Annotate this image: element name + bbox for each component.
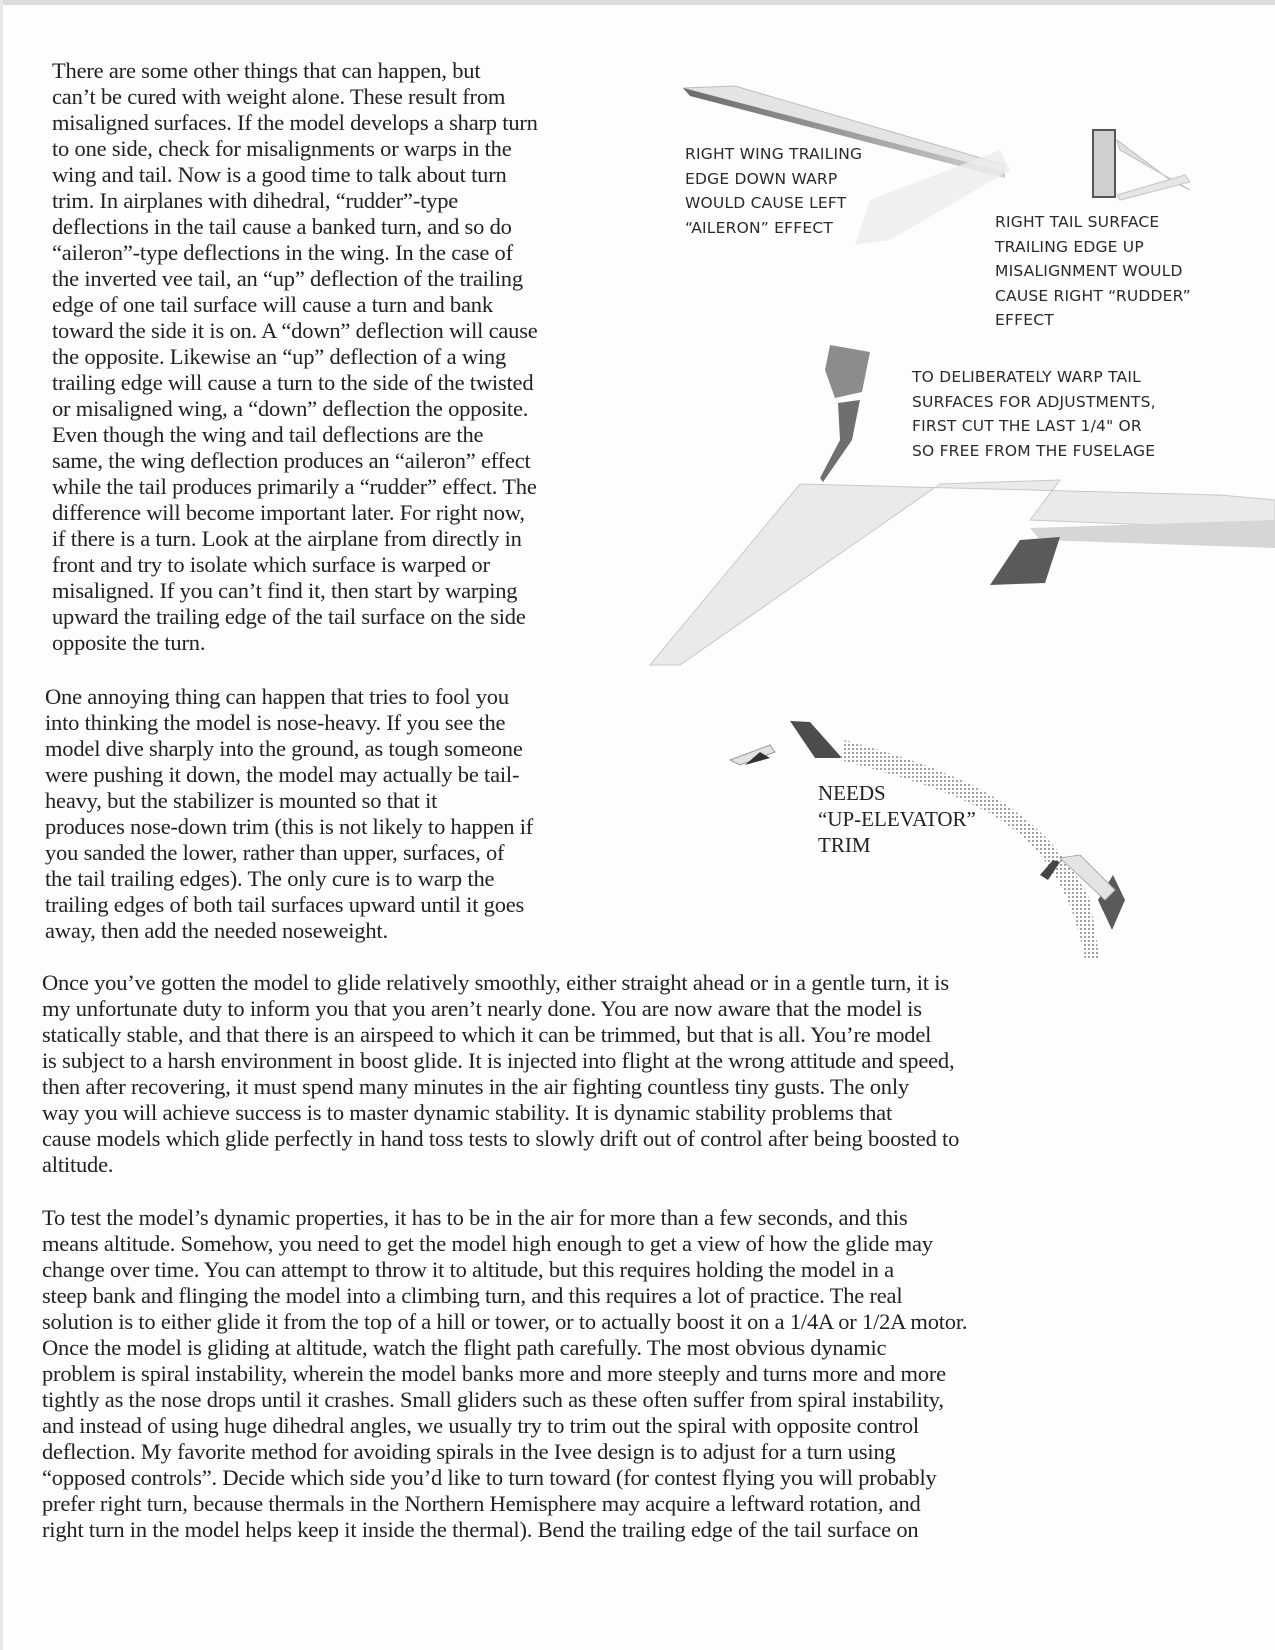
text-line: then after recovering, it must spend man… (42, 1074, 909, 1100)
text-line: heavy, but the stabilizer is mounted so … (45, 788, 437, 814)
text-line: my unfortunate duty to inform you that y… (42, 996, 922, 1022)
text-line: misaligned surfaces. If the model develo… (52, 110, 538, 136)
text-line: produces nose-down trim (this is not lik… (45, 814, 533, 840)
text-line: is subject to a harsh environment in boo… (42, 1048, 954, 1074)
text-line: One annoying thing can happen that tries… (45, 684, 509, 710)
text-line: wing and tail. Now is a good time to tal… (52, 162, 507, 188)
text-line: means altitude. Somehow, you need to get… (42, 1231, 933, 1257)
text-line: steep bank and flinging the model into a… (42, 1283, 902, 1309)
text-line: same, the wing deflection produces an “a… (52, 448, 531, 474)
text-line: solution is to either glide it from the … (42, 1309, 967, 1335)
text-line: front and try to isolate which surface i… (52, 552, 490, 578)
text-line: “aileron”-type deflections in the wing. … (52, 240, 513, 266)
text-line: or misaligned wing, a “down” deflection … (52, 396, 528, 422)
text-line: were pushing it down, the model may actu… (45, 762, 519, 788)
text-line: difference will become important later. … (52, 500, 525, 526)
text-line: way you will achieve success is to maste… (42, 1100, 892, 1126)
text-line: “opposed controls”. Decide which side yo… (42, 1465, 937, 1491)
text-line: Once you’ve gotten the model to glide re… (42, 970, 949, 996)
text-line: altitude. (42, 1152, 113, 1178)
text-line: cause models which glide perfectly in ha… (42, 1126, 959, 1152)
text-line: right turn in the model helps keep it in… (42, 1517, 918, 1543)
text-line: upward the trailing edge of the tail sur… (52, 604, 526, 630)
text-line: toward the side it is on. A “down” defle… (52, 318, 538, 344)
text-line: Even though the wing and tail deflection… (52, 422, 483, 448)
text-line: can’t be cured with weight alone. These … (52, 84, 505, 110)
text-line: Once the model is gliding at altitude, w… (42, 1335, 886, 1361)
warp-instructions-caption: TO DELIBERATELY WARP TAIL SURFACES FOR A… (912, 365, 1156, 463)
text-line: model dive sharply into the ground, as t… (45, 736, 523, 762)
text-line: deflections in the tail cause a banked t… (52, 214, 512, 240)
wing-warp-caption: RIGHT WING TRAILING EDGE DOWN WARP WOULD… (685, 142, 862, 240)
elevator-trim-caption: NEEDS “UP-ELEVATOR” TRIM (818, 780, 976, 858)
text-line: opposite the turn. (52, 630, 205, 656)
text-line: away, then add the needed noseweight. (45, 918, 388, 944)
tail-misalignment-caption: RIGHT TAIL SURFACE TRAILING EDGE UP MISA… (995, 210, 1191, 333)
text-line: trim. In airplanes with dihedral, “rudde… (52, 188, 458, 214)
text-line: trailing edges of both tail surfaces upw… (45, 892, 524, 918)
text-line: tightly as the nose drops until it crash… (42, 1387, 944, 1413)
text-line: edge of one tail surface will cause a tu… (52, 292, 493, 318)
text-line: To test the model’s dynamic properties, … (42, 1205, 908, 1231)
text-line: misaligned. If you can’t find it, then s… (52, 578, 517, 604)
text-line: statically stable, and that there is an … (42, 1022, 931, 1048)
text-line: trailing edge will cause a turn to the s… (52, 370, 533, 396)
text-line: and instead of using huge dihedral angle… (42, 1413, 919, 1439)
text-line: the tail trailing edges). The only cure … (45, 866, 494, 892)
text-line: if there is a turn. Look at the airplane… (52, 526, 522, 552)
text-line: the inverted vee tail, an “up” deflectio… (52, 266, 523, 292)
text-line: change over time. You can attempt to thr… (42, 1257, 894, 1283)
text-line: deflection. My favorite method for avoid… (42, 1439, 896, 1465)
text-line: problem is spiral instability, wherein t… (42, 1361, 946, 1387)
text-line: prefer right turn, because thermals in t… (42, 1491, 921, 1517)
text-line: while the tail produces primarily a “rud… (52, 474, 537, 500)
text-line: the opposite. Likewise an “up” deflectio… (52, 344, 506, 370)
text-line: to one side, check for misalignments or … (52, 136, 512, 162)
text-line: you sanded the lower, rather than upper,… (45, 840, 504, 866)
text-line: into thinking the model is nose-heavy. I… (45, 710, 505, 736)
text-line: There are some other things that can hap… (52, 58, 480, 84)
